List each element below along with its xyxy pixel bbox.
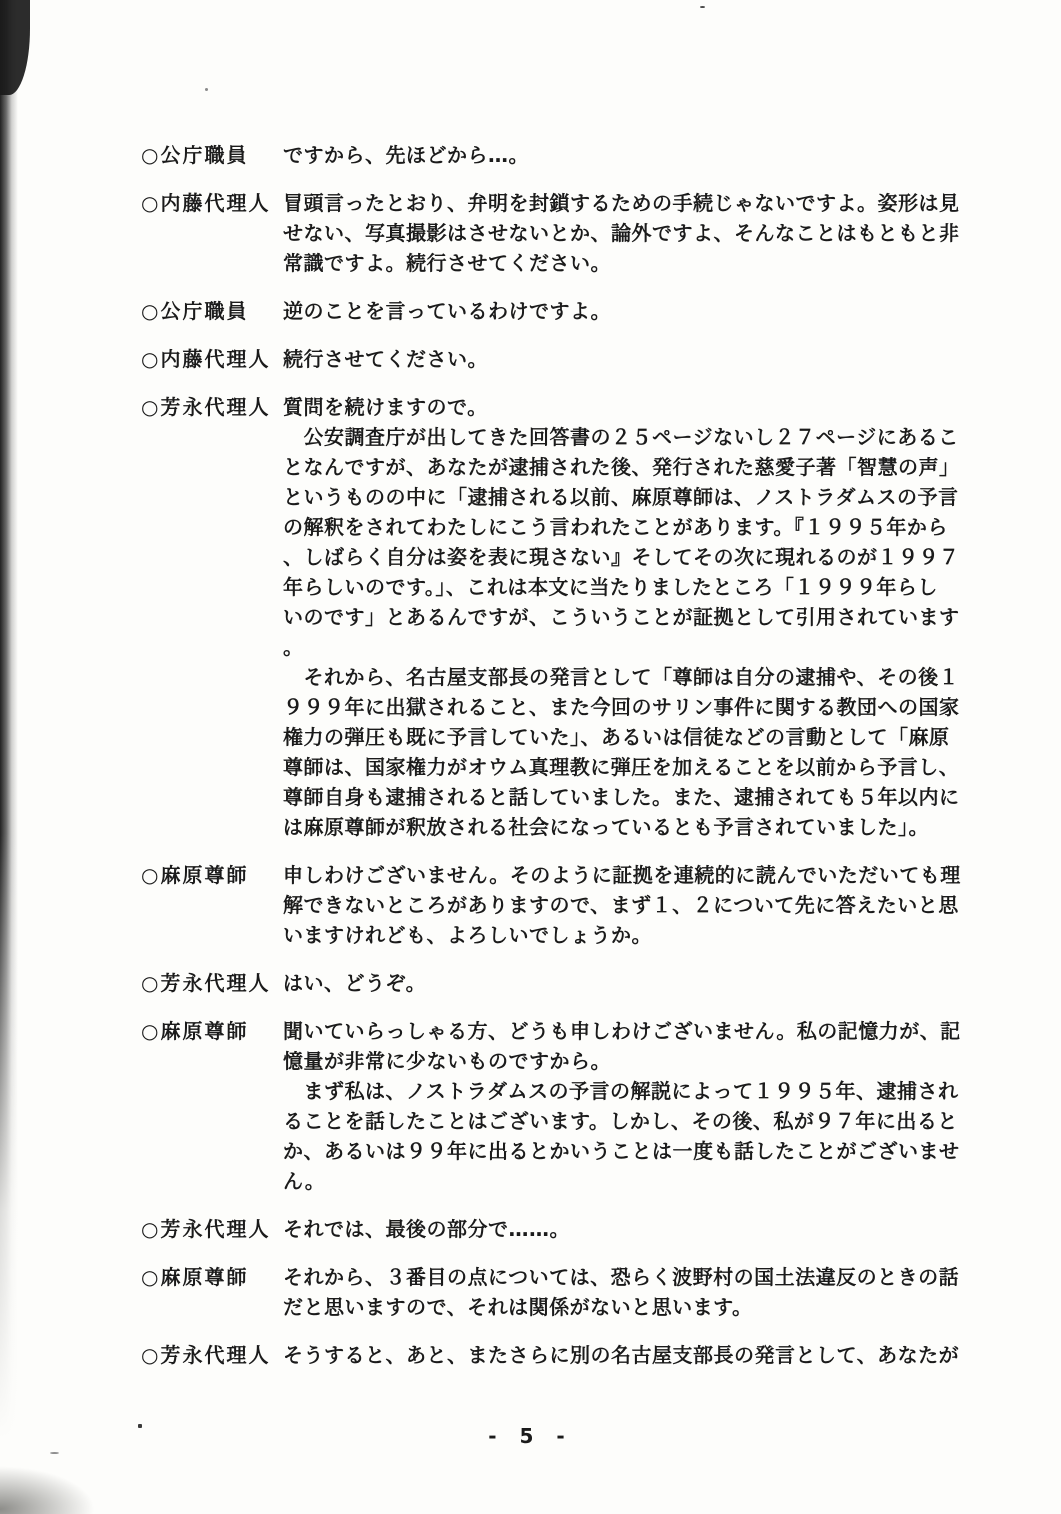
dialogue-block: ○麻原尊師 それから、３番目の点については、恐らく波野村の国土法違反のときの話 … [141,1262,971,1322]
speaker-label: ○内藤代理人 [141,344,283,374]
dialogue-block: ○芳永代理人 そうすると、あと、またさらに別の名古屋支部長の発言として、あなたが [141,1340,971,1370]
scan-speck-artifact [700,6,705,8]
scanned-page: ○公庁職員 ですから、先ほどから…。 ○内藤代理人 冒頭言ったとおり、弁明を封鎖… [0,0,1061,1514]
speaker-label: ○麻原尊師 [141,860,283,890]
dialogue-block: ○麻原尊師 聞いていらっしゃる方、どうも申しわけございません。私の記憶力が、記 … [141,1016,971,1196]
speech-text: 冒頭言ったとおり、弁明を封鎖するための手続じゃないですよ。姿形は見 せない、写真… [283,188,971,278]
speaker-label: ○麻原尊師 [141,1262,283,1292]
speech-text: それから、３番目の点については、恐らく波野村の国土法違反のときの話 だと思います… [283,1262,971,1322]
scan-edge-artifact [0,0,18,1514]
speaker-label: ○麻原尊師 [141,1016,283,1046]
speech-text: ですから、先ほどから…。 [283,140,971,170]
dialogue-block: ○芳永代理人 それでは、最後の部分で……。 [141,1214,971,1244]
transcript-body: ○公庁職員 ですから、先ほどから…。 ○内藤代理人 冒頭言ったとおり、弁明を封鎖… [141,140,971,1388]
speech-text: それでは、最後の部分で……。 [283,1214,971,1244]
speaker-label: ○公庁職員 [141,296,283,326]
dialogue-block: ○芳永代理人 はい、どうぞ。 [141,968,971,998]
dialogue-block: ○公庁職員 逆のことを言っているわけですよ。 [141,296,971,326]
speaker-label: ○内藤代理人 [141,188,283,218]
scan-speck-artifact [50,1452,59,1454]
speaker-label: ○芳永代理人 [141,392,283,422]
dialogue-block: ○公庁職員 ですから、先ほどから…。 [141,140,971,170]
speech-text: 質問を続けますので。 公安調査庁が出してきた回答書の２５ページないし２７ページに… [283,392,971,842]
scan-smudge-artifact [0,1466,95,1514]
speech-text: 申しわけございません。そのように証拠を連続的に読んでいただいても理 解できないと… [283,860,971,950]
speech-text: そうすると、あと、またさらに別の名古屋支部長の発言として、あなたが [283,1340,971,1370]
scan-corner-artifact [0,0,30,95]
speaker-label: ○公庁職員 [141,140,283,170]
dialogue-block: ○内藤代理人 冒頭言ったとおり、弁明を封鎖するための手続じゃないですよ。姿形は見… [141,188,971,278]
speech-text: はい、どうぞ。 [283,968,971,998]
speaker-label: ○芳永代理人 [141,1214,283,1244]
dialogue-block: ○芳永代理人 質問を続けますので。 公安調査庁が出してきた回答書の２５ページない… [141,392,971,842]
speech-text: 聞いていらっしゃる方、どうも申しわけございません。私の記憶力が、記 憶量が非常に… [283,1016,971,1196]
speaker-label: ○芳永代理人 [141,1340,283,1370]
page-number: - 5 - [0,1424,1061,1448]
scan-speck-artifact [205,88,208,91]
speech-text: 続行させてください。 [283,344,971,374]
speech-text: 逆のことを言っているわけですよ。 [283,296,971,326]
speaker-label: ○芳永代理人 [141,968,283,998]
dialogue-block: ○麻原尊師 申しわけございません。そのように証拠を連続的に読んでいただいても理 … [141,860,971,950]
dialogue-block: ○内藤代理人 続行させてください。 [141,344,971,374]
